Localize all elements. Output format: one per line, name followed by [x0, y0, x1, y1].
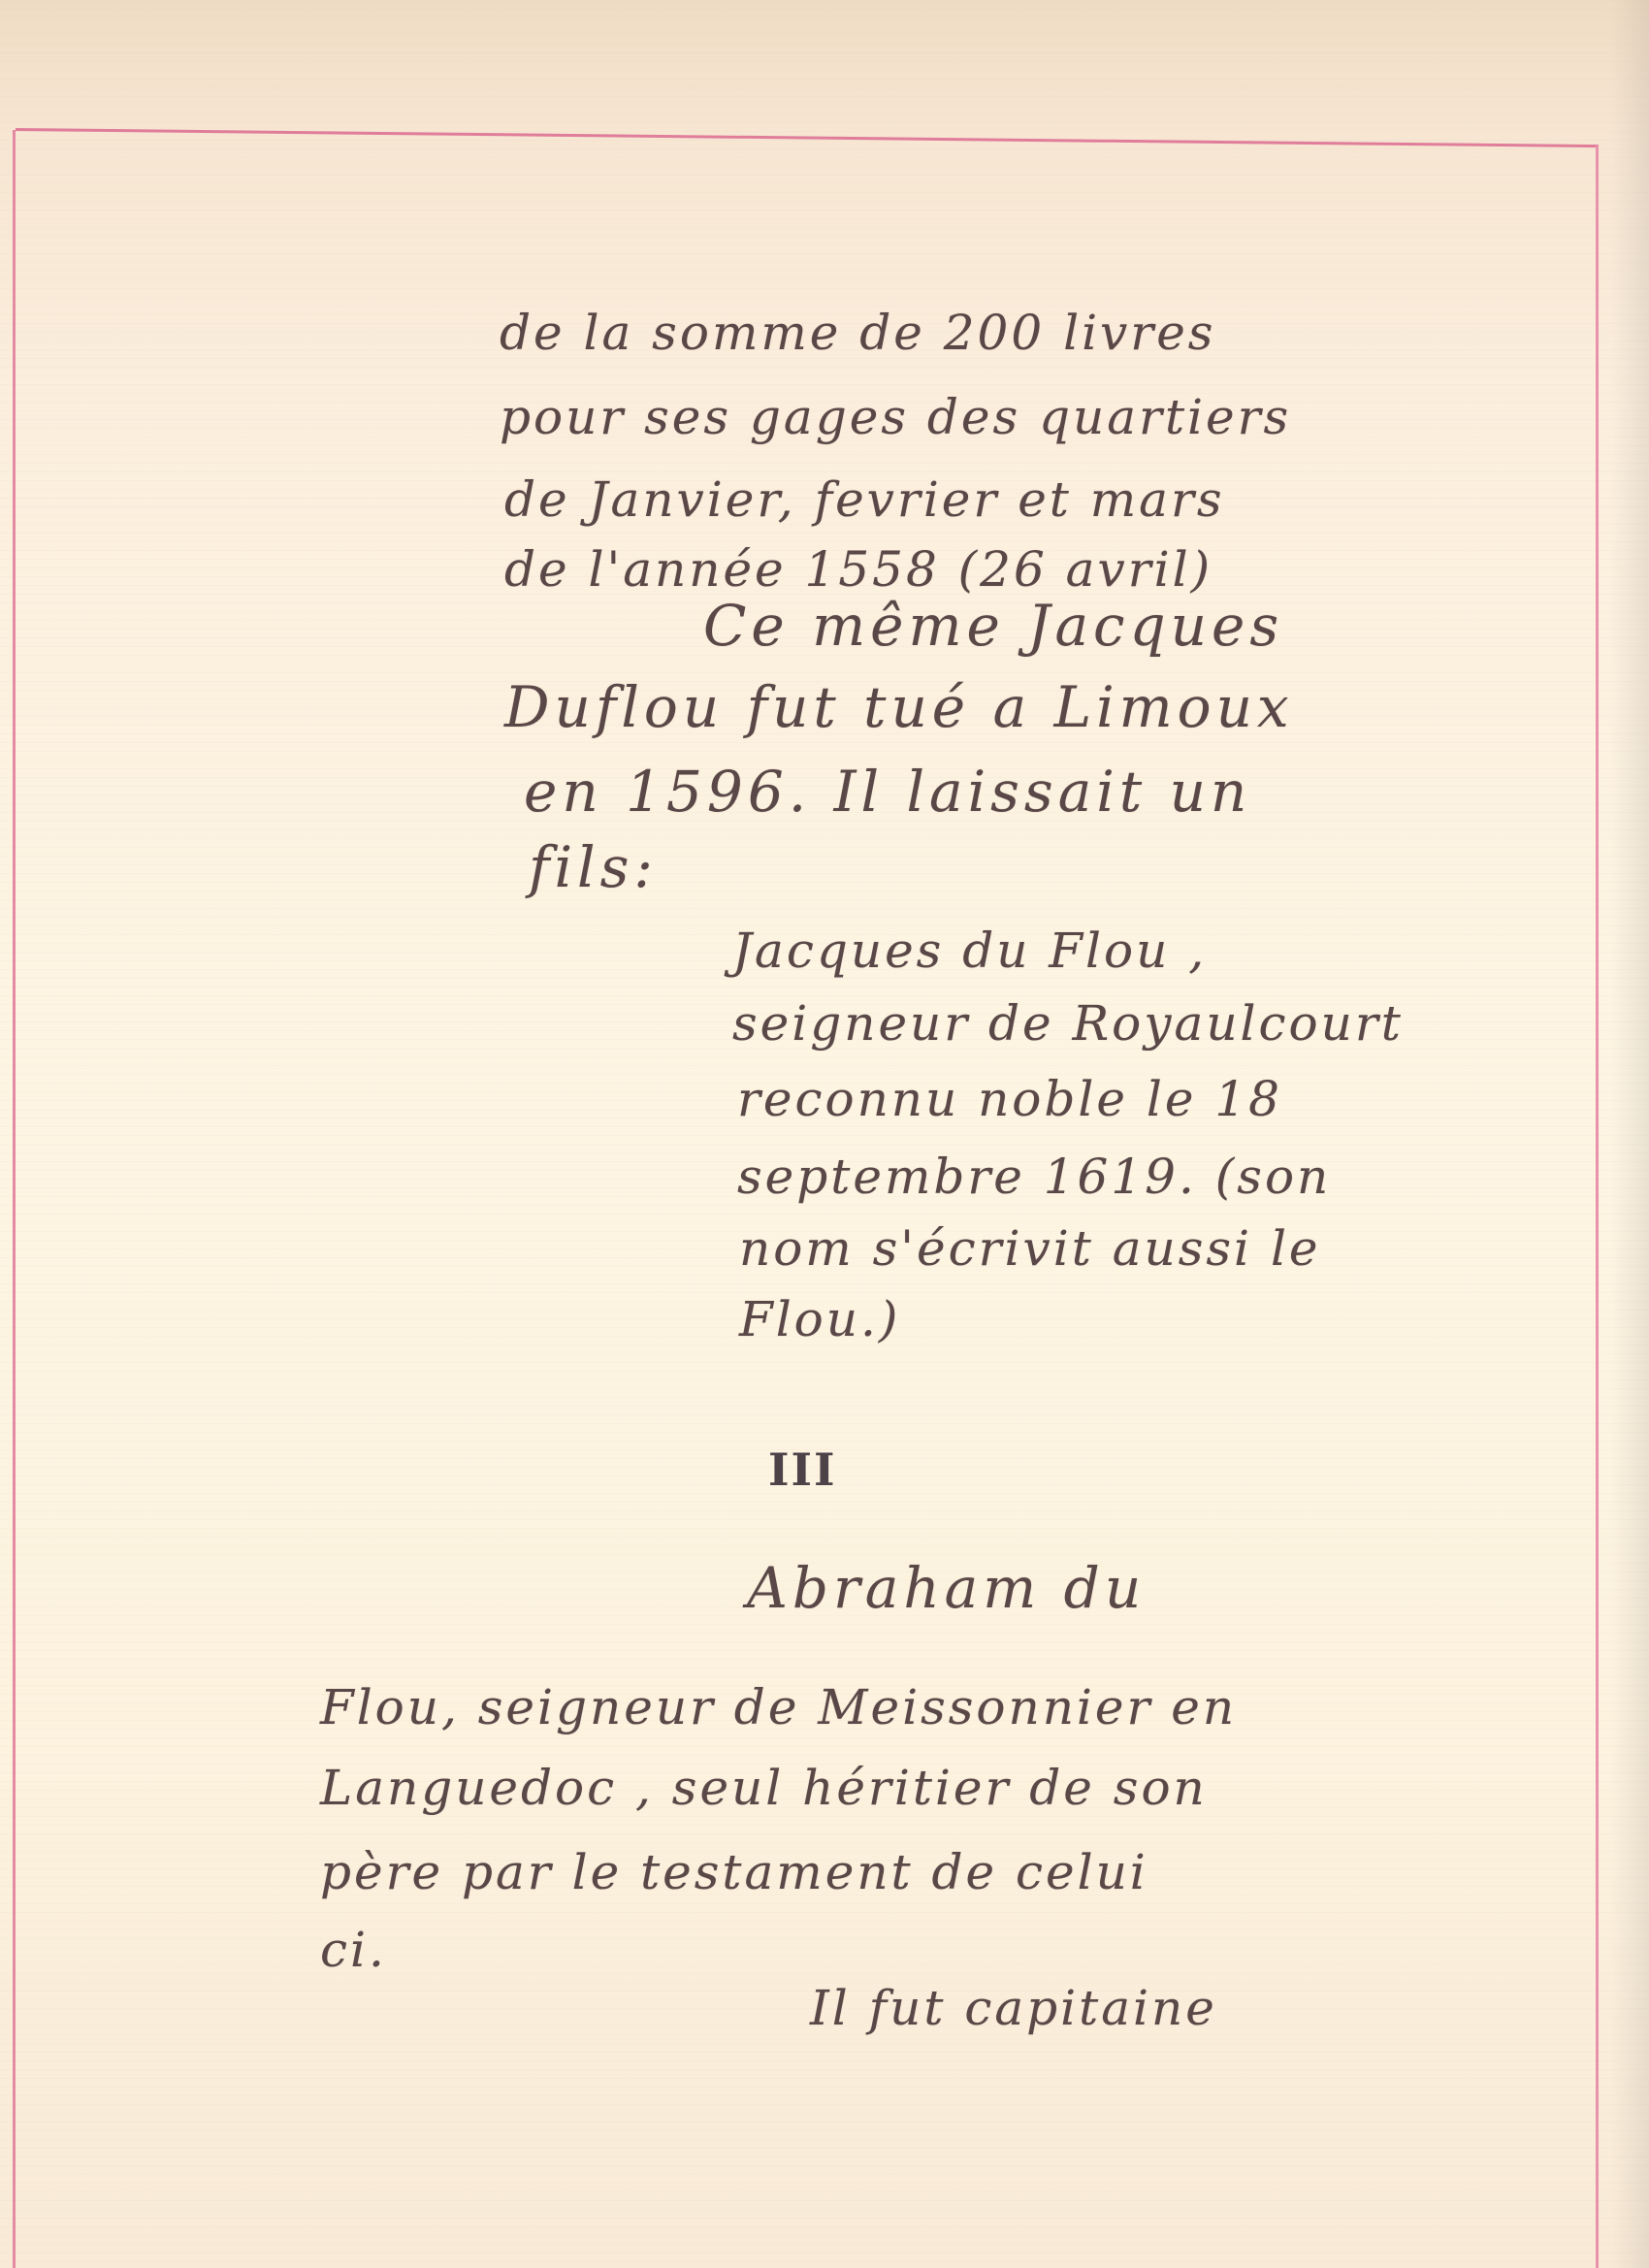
text-line: reconnu noble le 18 — [737, 1075, 1282, 1123]
text-line: de Janvier, fevrier et mars — [504, 475, 1225, 524]
text-line: Duflou fut tué a Limoux — [504, 679, 1294, 735]
text-line: Languedoc , seul héritier de son — [320, 1764, 1208, 1812]
closing-line: Il fut capitaine — [810, 1984, 1217, 2032]
text-line: en 1596. Il laissait un — [524, 763, 1251, 820]
page-edge-shadow — [1610, 0, 1649, 2268]
page-border-top — [16, 128, 1599, 147]
text-line: Ce même Jacques — [703, 598, 1283, 654]
text-line: père par le testament de celui — [320, 1848, 1148, 1896]
section-numeral: III — [768, 1443, 837, 1496]
text-line: Abraham du — [747, 1560, 1146, 1616]
text-line: septembre 1619. (son — [737, 1152, 1331, 1201]
text-line: de la somme de 200 livres — [500, 308, 1215, 357]
text-line: seigneur de Royaulcourt — [732, 999, 1404, 1048]
page-border-left — [13, 130, 16, 2268]
text-line: ci. — [320, 1926, 387, 1974]
text-line: Flou.) — [739, 1295, 900, 1344]
text-line: pour ses gages des quartiers — [500, 393, 1291, 441]
text-line: Flou, seigneur de Meissonnier en — [320, 1683, 1237, 1732]
page-border-right — [1596, 146, 1599, 2268]
text-line: nom s'écrivit aussi le — [739, 1224, 1321, 1273]
text-line: Jacques du Flou , — [732, 926, 1207, 975]
text-line: fils: — [529, 839, 658, 895]
text-line: de l'année 1558 (26 avril) — [504, 545, 1212, 594]
